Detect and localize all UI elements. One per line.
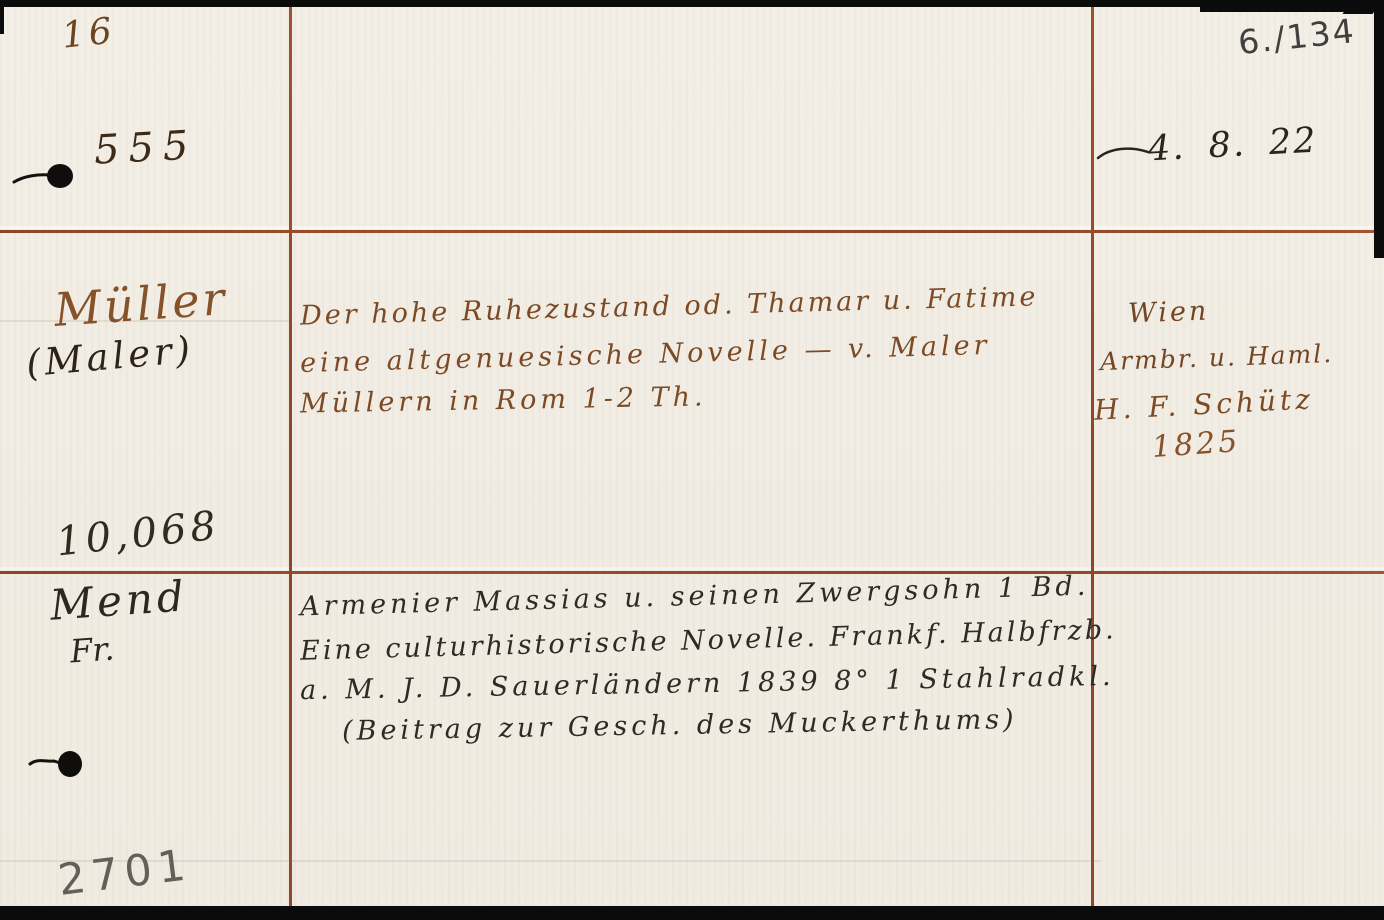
row-rule-top xyxy=(0,230,1384,233)
column-rule-left xyxy=(289,0,292,920)
entry1-imprint-line: H. F. Schütz xyxy=(1093,385,1314,424)
entry1-imprint-year: 1825 xyxy=(1151,427,1241,463)
entry-number: 555 xyxy=(93,125,198,170)
bottom-pencil-number: 2701 xyxy=(56,844,194,903)
entry1-imprint-line: Armbr. u. Haml. xyxy=(1100,341,1334,374)
entry1-title-line: Müllern in Rom 1-2 Th. xyxy=(300,383,707,417)
entry2-author-heading: Mend xyxy=(49,575,189,627)
entry2-title-line: Armenier Massias u. seinen Zwergsohn 1 B… xyxy=(300,573,1090,621)
accession-number: 10,068 xyxy=(54,506,221,563)
entry2-title-note: (Beitrag zur Gesch. des Muckerthums) xyxy=(342,706,1018,745)
index-card: 16 555 6./134 4. 8. 22 Müller (Maler) De… xyxy=(0,0,1384,920)
entry1-author-note: (Maler) xyxy=(25,331,196,383)
pen-flourish-icon xyxy=(1096,142,1150,164)
ink-blot-icon xyxy=(26,742,92,782)
entry2-author-note: Fr. xyxy=(69,632,115,667)
shelf-mark: 4. 8. 22 xyxy=(1147,124,1318,168)
archive-mark: 6./134 xyxy=(1237,14,1357,59)
entry1-title-line: Der hohe Ruhezustand od. Thamar u. Fatim… xyxy=(300,283,1039,329)
entry1-imprint-line: Wien xyxy=(1128,298,1210,328)
ink-blot-icon xyxy=(12,158,82,194)
entry2-title-line: a. M. J. D. Sauerländern 1839 8° 1 Stahl… xyxy=(300,663,1115,704)
scan-edge-left xyxy=(0,0,4,34)
entry1-title-line: eine altgenuesische Novelle — v. Maler xyxy=(300,332,991,377)
entry1-author-heading: Müller xyxy=(53,275,229,333)
row-rule-middle xyxy=(0,571,1384,574)
page-number: 16 xyxy=(60,13,117,54)
column-rule-right xyxy=(1091,0,1094,920)
scan-edge-bottom xyxy=(0,906,1384,920)
scan-edge-right xyxy=(1374,0,1384,258)
entry2-title-line: Eine culturhistorische Novelle. Frankf. … xyxy=(300,616,1117,664)
scan-edge-top xyxy=(0,0,1384,7)
